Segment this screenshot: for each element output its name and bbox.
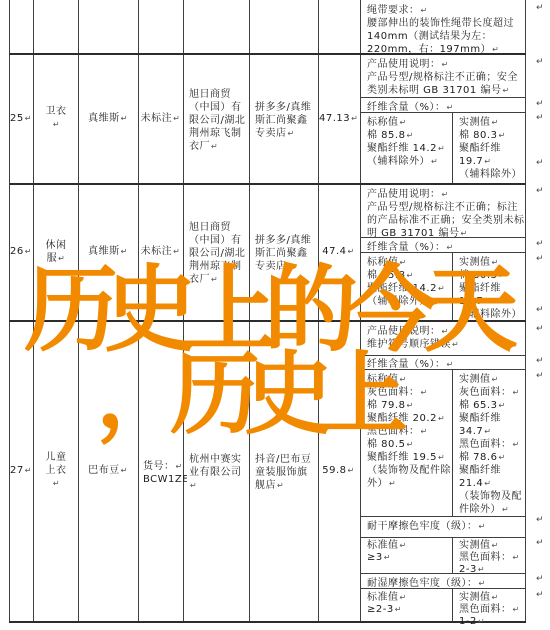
- paragraph-mark-icon: ↵: [53, 479, 60, 488]
- text-line: 绳带要求：↵: [367, 4, 525, 17]
- brand-cell: 真维斯↵: [79, 54, 137, 182]
- text-line: 产品使用说明：↵: [367, 58, 525, 71]
- paragraph-mark-icon: ↵: [447, 103, 454, 112]
- paragraph-mark-icon: ↵: [513, 440, 520, 449]
- return-mark-icon: ↵: [536, 574, 544, 584]
- dry-rub-fastness-header: 耐干摩擦色牢度（级）：↵: [364, 518, 528, 539]
- text-line: 棉 85.8↵: [367, 129, 451, 142]
- return-mark-icon: ↵: [536, 3, 544, 13]
- return-mark-icon: ↵: [536, 538, 544, 548]
- text-line: 聚酯纤维 14.2↵: [367, 142, 451, 155]
- standard-value-cell: 标准值↵≥2-3↵: [364, 590, 454, 624]
- text-line: 耐湿摩擦色牢度（级）：↵: [367, 577, 525, 590]
- text-line: 抖音/巴布豆童装服饰旗舰店↵: [255, 453, 317, 492]
- text-line: （装饰物及配件除外）↵: [367, 464, 451, 490]
- text-line: 棉 78.6↵: [459, 451, 525, 464]
- measured-value-cell: 实测值↵灰色面料：↵棉 65.3↵聚酯纤维 34.7↵黑色面料：↵棉 78.6↵…: [456, 371, 528, 519]
- text-line: 1-2↵: [459, 616, 525, 624]
- paragraph-mark-icon: ↵: [492, 593, 499, 602]
- paragraph-mark-icon: ↵: [395, 605, 402, 614]
- paragraph-mark-icon: ↵: [492, 375, 499, 384]
- text-line: 产品号型/规格标注不正确；安全类别未标明 GB 31701 编号↵: [367, 71, 525, 97]
- paragraph-mark-icon: ↵: [406, 401, 413, 410]
- measured-value-cell: 实测值↵黑色面料：↵1-2↵: [456, 590, 528, 624]
- price-cell: 47.13↵: [319, 54, 358, 182]
- text-line: 实测值↵: [459, 373, 525, 386]
- paragraph-mark-icon: ↵: [484, 427, 491, 436]
- paragraph-mark-icon: ↵: [121, 114, 128, 123]
- row-number-cell: 25↵: [10, 54, 32, 182]
- text-line: 实测值↵: [459, 592, 525, 604]
- paragraph-mark-icon: ↵: [460, 183, 467, 185]
- store-cell: 拼多多/真维斯汇尚聚鑫专卖店↵: [252, 54, 320, 186]
- return-mark-icon: ↵: [536, 57, 544, 67]
- paragraph-mark-icon: ↵: [176, 462, 183, 471]
- paragraph-mark-icon: ↵: [25, 466, 32, 475]
- return-mark-icon: ↵: [536, 324, 544, 334]
- paragraph-mark-icon: ↵: [484, 479, 491, 488]
- paragraph-mark-icon: ↵: [498, 131, 505, 140]
- text-line: ≥3↵: [367, 552, 451, 564]
- nominal-value-cell: 标称值↵棉 85.8↵聚酯纤维 14.2↵（辅料除外）↵: [364, 114, 454, 185]
- standard-value-cell: 标准值↵≥3↵: [364, 538, 454, 576]
- text-line: BCW1ZE906↵: [143, 473, 184, 486]
- paragraph-mark-icon: ↵: [288, 129, 295, 138]
- watermark-line-2: ，历史上: [96, 321, 392, 451]
- paragraph-mark-icon: ↵: [348, 466, 355, 475]
- return-mark-icon: ↵: [536, 590, 544, 600]
- text-line: 灰色面料：↵: [459, 386, 525, 399]
- text-line: （辅料除外）↵: [459, 168, 525, 185]
- paragraph-mark-icon: ↵: [406, 131, 413, 140]
- paragraph-mark-icon: ↵: [479, 579, 486, 588]
- paragraph-mark-icon: ↵: [502, 86, 509, 95]
- text-line: 实测值↵: [459, 540, 525, 552]
- text-line: 巴布豆↵: [79, 464, 137, 477]
- paragraph-mark-icon: ↵: [492, 541, 499, 550]
- product-name-cell: 卫衣↵: [43, 54, 69, 182]
- paragraph-mark-icon: ↵: [173, 114, 180, 123]
- usage-note-section: 产品使用说明：↵产品号型/规格标注不正确；标注的产品标准不正确；安全类别未标明 …: [364, 186, 528, 240]
- text-line: 耐干摩擦色牢度（级）：↵: [367, 520, 525, 533]
- paragraph-mark-icon: ↵: [479, 522, 486, 531]
- text-line: 聚酯纤维 19.7↵: [459, 142, 525, 168]
- return-mark-icon: ↵: [536, 113, 544, 123]
- text-line: 杭州中赛实业有限公司↵: [189, 453, 249, 492]
- text-line: 聚酯纤维 19.5↵: [367, 451, 451, 464]
- text-line: （辅料除外）↵: [367, 155, 451, 168]
- paragraph-mark-icon: ↵: [351, 114, 358, 123]
- paragraph-mark-icon: ↵: [25, 114, 32, 123]
- text-line: 货号：↵: [143, 460, 184, 473]
- text-line: 标准值↵: [367, 592, 451, 604]
- text-line: 47.13↵: [319, 112, 358, 125]
- paragraph-mark-icon: ↵: [442, 60, 449, 69]
- model-cell: 未标注↵: [140, 54, 181, 182]
- paragraph-mark-icon: ↵: [400, 118, 407, 127]
- paragraph-mark-icon: ↵: [513, 605, 520, 614]
- paragraph-mark-icon: ↵: [498, 401, 505, 410]
- paragraph-mark-icon: ↵: [513, 553, 520, 562]
- return-mark-icon: ↵: [536, 515, 544, 525]
- text-line: 25↵: [10, 112, 32, 125]
- paragraph-mark-icon: ↵: [406, 440, 413, 449]
- document-page: 绳带要求：↵腰部伸出的装饰性绳带长度超过 140mm（测试结果为左：220mm，…: [0, 0, 550, 630]
- measured-value-cell: 实测值↵棉 80.3↵聚酯纤维 19.7↵（辅料除外）↵: [456, 114, 528, 185]
- paragraph-mark-icon: ↵: [442, 190, 449, 199]
- paragraph-mark-icon: ↵: [492, 118, 499, 127]
- paragraph-mark-icon: ↵: [478, 565, 485, 574]
- paragraph-mark-icon: ↵: [431, 157, 438, 166]
- text-line: 标准值↵: [367, 540, 451, 552]
- paragraph-mark-icon: ↵: [478, 617, 485, 624]
- text-line: 59.8↵: [319, 464, 358, 477]
- paragraph-mark-icon: ↵: [53, 120, 60, 129]
- paragraph-mark-icon: ↵: [513, 388, 520, 397]
- paragraph-mark-icon: ↵: [498, 453, 505, 462]
- text-line: 未标注↵: [140, 112, 181, 125]
- manufacturer-cell: 旭日商贸（中国）有限公司/湖北荆州琼飞制衣厂↵: [186, 54, 252, 186]
- paragraph-mark-icon: ↵: [421, 6, 428, 15]
- paragraph-mark-icon: ↵: [400, 375, 407, 384]
- paragraph-mark-icon: ↵: [121, 466, 128, 475]
- return-mark-icon: ↵: [536, 305, 544, 315]
- text-line: 棉 65.3↵: [459, 399, 525, 412]
- paragraph-mark-icon: ↵: [389, 479, 396, 488]
- text-line: 真维斯↵: [79, 112, 137, 125]
- text-line: 黑色面料：↵: [459, 604, 525, 616]
- paragraph-mark-icon: ↵: [484, 157, 491, 166]
- text-line: 聚酯纤维 34.7↵: [459, 412, 525, 438]
- text-line: 卫衣↵: [43, 105, 69, 131]
- return-mark-icon: ↵: [536, 158, 544, 168]
- return-mark-icon: ↵: [536, 356, 544, 366]
- measured-value-cell: 实测值↵黑色面料：↵2-3↵: [456, 538, 528, 576]
- cord-requirement-section: 绳带要求：↵腰部伸出的装饰性绳带长度超过 140mm（测试结果为左：220mm，…: [364, 2, 528, 55]
- text-line: 标称值↵: [367, 116, 451, 129]
- text-line: 黑色面料：↵: [459, 552, 525, 564]
- paragraph-mark-icon: ↵: [438, 144, 445, 153]
- paragraph-mark-icon: ↵: [277, 481, 284, 490]
- paragraph-mark-icon: ↵: [384, 553, 391, 562]
- usage-note-section: 产品使用说明：↵产品号型/规格标注不正确；安全类别未标明 GB 31701 编号…: [364, 56, 528, 100]
- paragraph-mark-icon: ↵: [400, 593, 407, 602]
- text-line: 黑色面料：↵: [459, 438, 525, 451]
- paragraph-mark-icon: ↵: [492, 45, 499, 54]
- paragraph-mark-icon: ↵: [438, 414, 445, 423]
- text-line: 聚酯纤维 21.4↵: [459, 464, 525, 490]
- text-line: 纤维含量（%）：↵: [367, 101, 525, 114]
- text-line: （装饰物及配件除外）↵: [459, 490, 525, 516]
- paragraph-mark-icon: ↵: [211, 142, 218, 151]
- paragraph-mark-icon: ↵: [190, 481, 197, 490]
- text-line: 腰部伸出的装饰性绳带长度超过 140mm（测试结果为左：220mm，右：197m…: [367, 17, 525, 55]
- text-line: 实测值↵: [459, 116, 525, 129]
- paragraph-mark-icon: ↵: [502, 505, 509, 514]
- text-line: ≥2-3↵: [367, 604, 451, 616]
- fiber-content-header: 纤维含量（%）：↵: [364, 99, 528, 115]
- paragraph-mark-icon: ↵: [400, 541, 407, 550]
- paragraph-mark-icon: ↵: [438, 453, 445, 462]
- return-mark-icon: ↵: [536, 254, 544, 264]
- text-line: 旭日商贸（中国）有限公司/湖北荆州琼飞制衣厂↵: [189, 88, 249, 153]
- text-line: 27↵: [10, 464, 32, 477]
- text-line: 产品使用说明：↵: [367, 188, 525, 201]
- return-mark-icon: ↵: [536, 186, 544, 196]
- return-mark-icon: ↵: [536, 239, 544, 249]
- paragraph-mark-icon: ↵: [421, 388, 428, 397]
- text-line: 棉 80.3↵: [459, 129, 525, 142]
- wet-rub-fastness-header: 耐湿摩擦色牢度（级）：↵: [364, 575, 528, 591]
- return-mark-icon: ↵: [536, 371, 544, 381]
- text-line: 拼多多/真维斯汇尚聚鑫专卖店↵: [255, 101, 317, 140]
- paragraph-mark-icon: ↵: [421, 427, 428, 436]
- text-line: 儿童上衣↵: [43, 451, 69, 490]
- return-mark-icon: ↵: [536, 99, 544, 109]
